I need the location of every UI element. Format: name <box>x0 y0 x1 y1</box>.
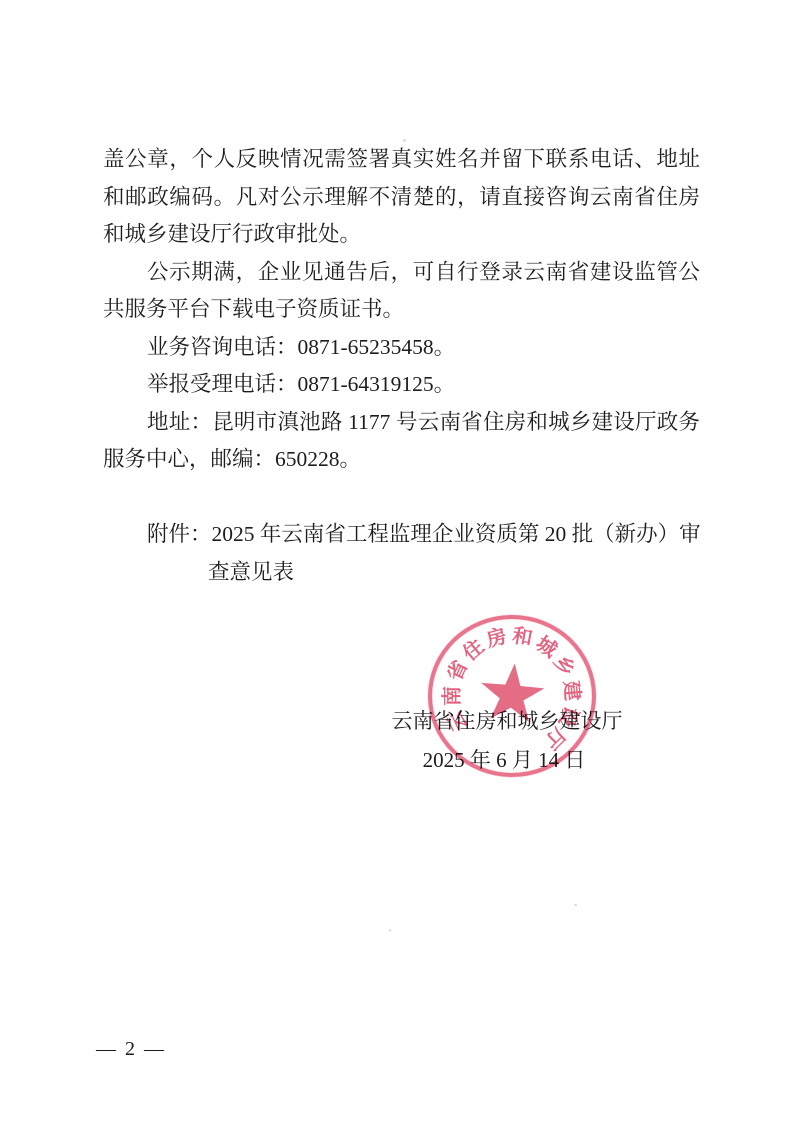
seal-char: 住 <box>455 631 489 666</box>
seal-char: 南 <box>436 686 465 706</box>
document-page: 盖公章，个人反映情况需签署真实姓名并留下联系电话、地址 和邮政编码。凡对公示理解… <box>0 0 793 1122</box>
body-line: 和城乡建设厅行政审批处。 <box>103 216 700 254</box>
address-line: 地址：昆明市滇池路 1177 号云南省住房和城乡建设厅政务 <box>103 404 700 442</box>
scan-speck <box>574 904 577 906</box>
body-line: 共服务平台下载电子资质证书。 <box>103 291 700 329</box>
document-body: 盖公章，个人反映情况需签署真实姓名并留下联系电话、地址 和邮政编码。凡对公示理解… <box>103 141 700 591</box>
scan-speck <box>389 929 391 932</box>
seal-char: 建 <box>558 679 589 701</box>
body-line: 公示期满，企业见通告后，可自行登录云南省建设监管公 <box>103 254 700 292</box>
seal-char: 和 <box>510 619 535 651</box>
attachment-line: 附件：2025 年云南省工程监理企业资质第 20 批（新办）审 <box>103 516 700 554</box>
seal-char: 房 <box>483 620 510 653</box>
body-line: 和邮政编码。凡对公示理解不清楚的，请直接咨询云南省住房 <box>103 179 700 217</box>
issuer-signature: 云南省住房和城乡建设厅 <box>392 707 623 735</box>
page-number: — 2 — <box>96 1035 166 1063</box>
scan-speck <box>403 139 406 142</box>
attachment-line-2: 查意见表 <box>103 554 700 592</box>
address-line-2: 服务中心，邮编：650228。 <box>103 441 700 479</box>
issue-date: 2025 年 6 月 14 日 <box>423 746 586 774</box>
seal-char: 省 <box>438 655 473 685</box>
seal-char: 乡 <box>548 649 583 681</box>
phone-line-business: 业务咨询电话：0871-65235458。 <box>103 329 700 367</box>
body-line: 盖公章，个人反映情况需签署真实姓名并留下联系电话、地址 <box>103 141 700 179</box>
seal-char: 城 <box>531 628 564 663</box>
phone-line-report: 举报受理电话：0871-64319125。 <box>103 366 700 404</box>
